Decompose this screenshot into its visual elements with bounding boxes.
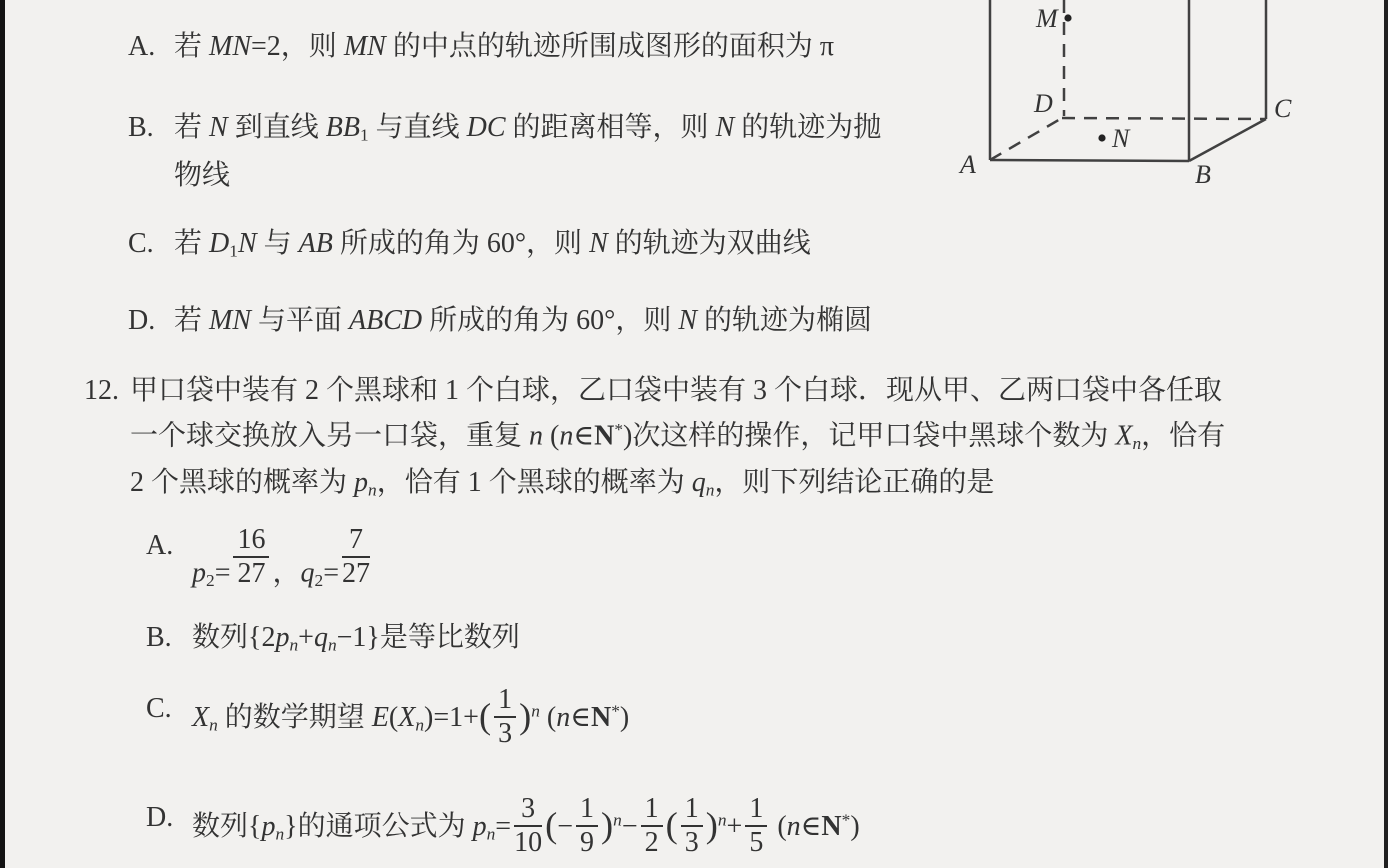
left-edge-bar [0, 0, 5, 868]
math-sub: 1 [229, 241, 238, 260]
text-run: 若 [174, 305, 209, 336]
text-run: 到直线 [228, 112, 326, 143]
q11-option-d: D. 若 MN 与平面 ABCD 所成的角为 60°，则 N 的轨迹为椭圆 [128, 300, 872, 341]
edge-bc [1189, 119, 1266, 161]
fraction-denominator: 9 [576, 827, 598, 858]
text-run: ∈ [801, 811, 822, 842]
label-c: C [1274, 94, 1292, 123]
math-i: n [559, 421, 573, 452]
math-i: p [192, 558, 206, 589]
fraction-denominator: 3 [494, 718, 516, 749]
math-i: N [209, 112, 228, 143]
math-p: ) [601, 805, 613, 845]
text-run: −1}是等比数列 [337, 622, 520, 653]
q12-option-d-text: 数列{pn}的通项公式为 pn=310(−19)n−12(13)n+15 (n∈… [192, 797, 860, 860]
text-run: ( [540, 702, 556, 733]
q11-option-a: A. 若 MN=2，则 MN 的中点的轨迹所围成图形的面积为 π [128, 26, 834, 67]
text-run: 若 [174, 228, 209, 259]
label-b: B [1195, 160, 1211, 189]
q11-option-b: B. 若 N 到直线 BB1 与直线 DC 的距离相等，则 N 的轨迹为抛物线 [128, 107, 881, 196]
q11-option-d-label: D. [128, 300, 174, 341]
fraction-numerator: 1 [494, 685, 516, 718]
text-run: 数列{2 [192, 622, 275, 653]
text-run: + [298, 622, 314, 653]
math-i: MN [344, 31, 386, 62]
text-run: 的轨迹为抛 [734, 112, 881, 143]
math-subi: n [415, 715, 424, 734]
math-i: n [529, 421, 543, 452]
math-fraction: 13 [681, 794, 703, 857]
text-run: − [557, 811, 573, 842]
q12-option-b: B. 数列{2pn+qn−1}是等比数列 [146, 617, 520, 665]
math-i: p [473, 811, 487, 842]
q12-option-c: C. Xn 的数学期望 E(Xn)=1+(13)n (n∈N*) [146, 688, 629, 751]
q12-option-a-text: p2=1627，q2=727 [192, 525, 373, 601]
text-run: ，恰有 [1141, 421, 1225, 452]
q11-option-a-text: 若 MN=2，则 MN 的中点的轨迹所围成图形的面积为 π [174, 26, 834, 67]
text-run: ∈ [570, 702, 591, 733]
math-fraction: 12 [641, 794, 663, 857]
math-p: ( [479, 696, 491, 736]
label-a: A [958, 150, 976, 179]
fraction-numerator: 1 [681, 794, 703, 827]
math-i: E [372, 702, 389, 733]
math-fraction: 15 [745, 794, 767, 857]
math-subi: n [275, 824, 284, 843]
text-run: ) [850, 811, 859, 842]
math-i: AB [299, 228, 333, 259]
q11-option-b-text: 若 N 到直线 BB1 与直线 DC 的距离相等，则 N 的轨迹为抛物线 [174, 107, 881, 196]
exam-screenshot: { "page": { "background": "#f2f1ef", "te… [0, 0, 1388, 868]
text-run: ∈ [573, 421, 594, 452]
math-fraction: 727 [342, 525, 370, 588]
math-sub: 2 [206, 571, 215, 590]
text-run: 若 [174, 112, 209, 143]
math-subi: n [368, 480, 377, 499]
math-i: n [787, 811, 801, 842]
q11-option-c: C. 若 D1N 与 AB 所成的角为 60°，则 N 的轨迹为双曲线 [128, 223, 811, 271]
fraction-denominator: 5 [745, 827, 767, 858]
point-n-dot [1098, 134, 1105, 141]
math-sup: * [614, 420, 623, 439]
text-run: ( [389, 702, 398, 733]
math-p: ( [545, 805, 557, 845]
right-edge-bar [1384, 0, 1388, 868]
math-subi: n [328, 635, 337, 654]
q12-option-d-label: D. [146, 797, 192, 860]
text-run: 的轨迹为双曲线 [608, 228, 811, 259]
text-run: 与 [257, 228, 299, 259]
prism-diagram: M N D C A B [952, 0, 1297, 195]
fraction-denominator: 27 [233, 558, 269, 589]
math-i: MN [209, 31, 251, 62]
q12-number: 12. [84, 371, 130, 509]
text-run: =2，则 [251, 31, 344, 62]
text-run: 与平面 [251, 305, 349, 336]
text-run: 甲口袋中装有 2 个黑球和 1 个白球，乙口袋中装有 3 个白球．现从甲、乙两口… [130, 375, 1222, 406]
text-run: 一个球交换放入另一口袋，重复 [130, 421, 529, 452]
q12-option-a-label: A. [146, 525, 192, 601]
math-supi: n [613, 811, 622, 830]
fraction-numerator: 1 [576, 794, 598, 827]
q12-option-c-label: C. [146, 688, 192, 751]
text-run: )=1+ [424, 702, 479, 733]
math-i: p [261, 811, 275, 842]
math-sup: * [611, 702, 620, 721]
edge-dc-dashed [1062, 118, 1266, 119]
text-run: 与直线 [369, 112, 467, 143]
math-fraction: 1627 [233, 525, 269, 588]
text-run: 所成的角为 60°，则 [333, 228, 589, 259]
edge-ad-dashed [990, 118, 1062, 160]
math-subi: n [1132, 434, 1141, 453]
math-i: N [678, 305, 697, 336]
math-i: p [275, 622, 289, 653]
text-run: ，则下列结论正确的是 [714, 467, 994, 498]
q12-option-b-label: B. [146, 617, 192, 665]
math-sub: 1 [360, 125, 369, 144]
q12-option-a: A. p2=1627，q2=727 [146, 525, 373, 601]
math-p: ( [666, 805, 678, 845]
fraction-denominator: 2 [641, 827, 663, 858]
math-supi: n [718, 811, 727, 830]
text-run: 2 个黑球的概率为 [130, 467, 354, 498]
q12-option-d: D. 数列{pn}的通项公式为 pn=310(−19)n−12(13)n+15 … [146, 797, 860, 860]
label-n: N [1111, 124, 1131, 153]
text-run: = [215, 558, 231, 589]
math-i: N [238, 228, 257, 259]
math-i: p [354, 467, 368, 498]
edge-ab [990, 160, 1189, 161]
q12-option-b-text: 数列{2pn+qn−1}是等比数列 [192, 617, 520, 665]
math-subi: n [289, 635, 298, 654]
fraction-numerator: 1 [745, 794, 767, 827]
text-run: ，恰有 1 个黑球的概率为 [377, 467, 692, 498]
text-run: = [495, 811, 511, 842]
math-i: q [314, 622, 328, 653]
fraction-denominator: 10 [514, 827, 542, 858]
text-run: 若 [174, 31, 209, 62]
text-run: 的中点的轨迹所围成图形的面积为 π [386, 31, 834, 62]
q12-option-c-text: Xn 的数学期望 E(Xn)=1+(13)n (n∈N*) [192, 688, 629, 751]
math-b: N [594, 421, 614, 452]
math-i: ABCD [349, 305, 422, 336]
math-fraction: 19 [576, 794, 598, 857]
text-run: 的距离相等，则 [506, 112, 716, 143]
math-subi: n [209, 715, 218, 734]
point-m-dot [1064, 14, 1071, 21]
q12-stem-text: 甲口袋中装有 2 个黑球和 1 个白球，乙口袋中装有 3 个白球．现从甲、乙两口… [130, 371, 1225, 509]
text-run: ) [620, 702, 629, 733]
text-run: = [323, 558, 339, 589]
math-i: MN [209, 305, 251, 336]
math-i: X [1115, 421, 1132, 452]
text-run: + [727, 811, 743, 842]
math-subi: n [487, 824, 496, 843]
math-b: N [821, 811, 841, 842]
text-run: 的数学期望 [218, 702, 372, 733]
math-i: D [209, 228, 229, 259]
math-p: ) [519, 696, 531, 736]
label-m: M [1035, 4, 1059, 33]
text-run: 物线 [174, 160, 230, 191]
fraction-numerator: 3 [514, 794, 542, 827]
math-i: BB [326, 112, 360, 143]
q11-option-b-label: B. [128, 107, 174, 196]
math-i: q [692, 467, 706, 498]
q12-stem: 12. 甲口袋中装有 2 个黑球和 1 个白球，乙口袋中装有 3 个白球．现从甲… [84, 371, 1225, 509]
q11-option-d-text: 若 MN 与平面 ABCD 所成的角为 60°，则 N 的轨迹为椭圆 [174, 300, 872, 341]
fraction-denominator: 27 [342, 558, 370, 589]
math-i: X [398, 702, 415, 733]
fraction-numerator: 1 [641, 794, 663, 827]
q11-option-c-label: C. [128, 223, 174, 271]
fraction-numerator: 16 [233, 525, 269, 558]
math-p: ) [706, 805, 718, 845]
text-run: ， [272, 558, 300, 589]
fraction-denominator: 3 [681, 827, 703, 858]
text-run: − [622, 811, 638, 842]
math-i: N [589, 228, 608, 259]
math-i: n [556, 702, 570, 733]
q11-option-a-label: A. [128, 26, 174, 67]
math-i: q [301, 558, 315, 589]
fraction-numerator: 7 [342, 525, 370, 558]
text-run: 所成的角为 60°，则 [422, 305, 678, 336]
math-sub: 2 [315, 571, 324, 590]
math-fraction: 13 [494, 685, 516, 748]
text-run: ( [770, 811, 786, 842]
text-run: 的轨迹为椭圆 [697, 305, 872, 336]
math-supi: n [531, 702, 540, 721]
math-b: N [591, 702, 611, 733]
text-run: 数列{ [192, 811, 261, 842]
text-run: }的通项公式为 [284, 811, 472, 842]
text-run: )次这样的操作，记甲口袋中黑球个数为 [623, 421, 1115, 452]
math-i: DC [467, 112, 506, 143]
math-i: N [716, 112, 735, 143]
math-i: X [192, 702, 209, 733]
q11-option-c-text: 若 D1N 与 AB 所成的角为 60°，则 N 的轨迹为双曲线 [174, 223, 811, 271]
math-fraction: 310 [514, 794, 542, 857]
text-run: ( [543, 421, 559, 452]
label-d: D [1033, 89, 1053, 118]
